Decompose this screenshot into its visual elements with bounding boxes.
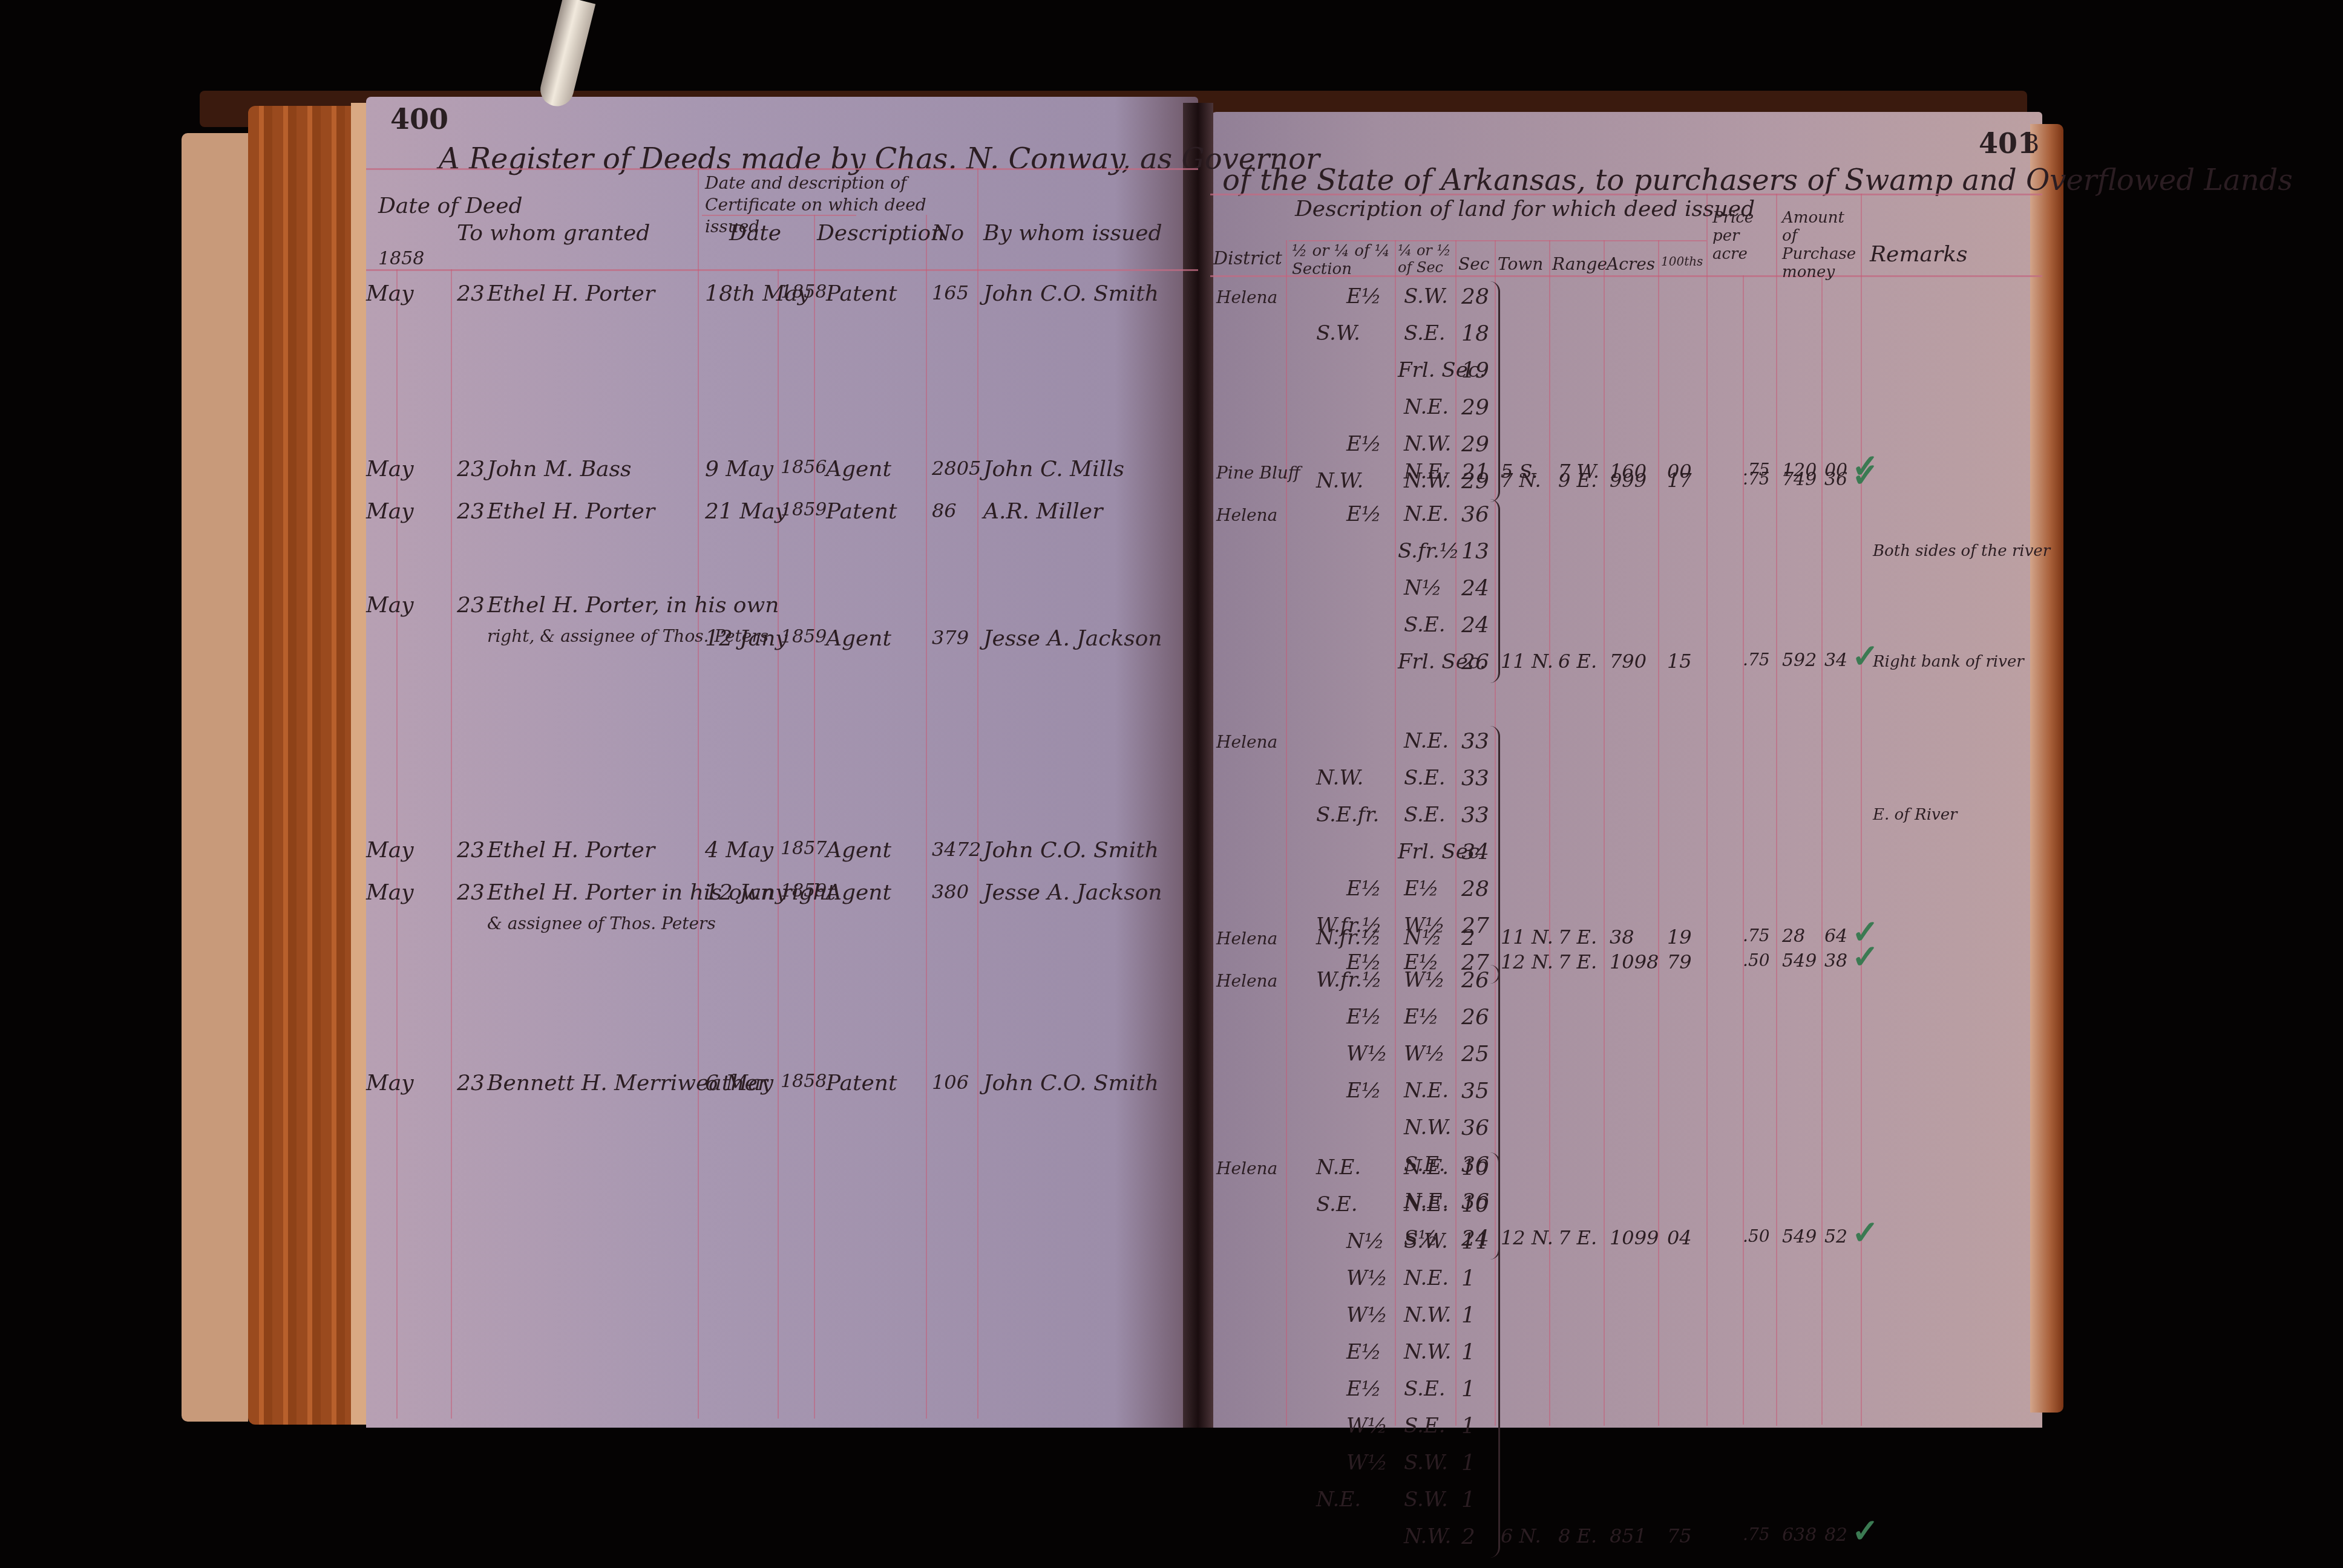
header-quarter-of-sec: ¼ or ½ of Sec [1398, 242, 1455, 276]
land-section: 33 [1461, 766, 1489, 791]
land-section: 24 [1461, 576, 1489, 601]
deed-day: 23 [457, 499, 485, 524]
deed-day: 23 [457, 593, 485, 618]
price-per-acre: .50 [1743, 950, 1770, 970]
certificate-type: Agent [826, 457, 891, 482]
issued-by: John C.O. Smith [983, 1071, 1159, 1096]
certificate-date: 12 Jany [705, 626, 788, 651]
header-by-whom-issued: By whom issued [983, 221, 1162, 246]
grouping-brace [1490, 281, 1500, 502]
land-part: E½ [1346, 1340, 1381, 1364]
land-quarter: N.E. [1404, 395, 1449, 419]
certificate-number: 165 [932, 281, 969, 304]
col-rule-cert-year [814, 215, 815, 1419]
certificate-number: 380 [932, 880, 969, 903]
land-part: N.W. [1316, 766, 1363, 790]
amount-cents: 64 [1824, 926, 1847, 947]
page-stack-edge [248, 106, 351, 1425]
col-rule-no [977, 168, 978, 1419]
land-quarter: W½ [1404, 1042, 1445, 1066]
land-quarter: N.E. [1404, 502, 1449, 526]
deed-month: May [366, 838, 414, 863]
acres: 851 [1610, 1524, 1647, 1547]
flyleaf-edge [182, 133, 248, 1422]
land-part: N.W. [1316, 469, 1363, 493]
deed-day: 23 [457, 838, 485, 863]
certificate-year: 1858 [781, 1071, 827, 1092]
remark-text: E. of River [1873, 806, 1957, 824]
amount-dollars: 638 [1782, 1524, 1817, 1546]
range: 7 E. [1558, 926, 1597, 949]
page-number-left: 400 [390, 103, 448, 136]
price-per-acre: .75 [1743, 650, 1770, 670]
land-section: 1 [1461, 1266, 1475, 1291]
title-rule [366, 168, 1198, 170]
land-quarter: N.W. [1404, 1340, 1451, 1364]
certificate-year: 1859 [781, 626, 827, 647]
certificate-type: Agent [826, 838, 891, 863]
range: 7 E. [1558, 1226, 1597, 1249]
acres: 1098 [1610, 950, 1659, 973]
acres: 790 [1610, 650, 1647, 673]
land-section: 11 [1461, 1229, 1489, 1254]
land-section: 1 [1461, 1303, 1475, 1328]
land-quarter: N½ [1404, 926, 1442, 950]
page-title-right: of the State of Arkansas, to purchasers … [1222, 163, 2293, 197]
certificate-year: 1856 [781, 457, 827, 478]
land-quarter: N½ [1404, 576, 1442, 600]
land-quarter: S.W. [1404, 1229, 1448, 1253]
deed-month: May [366, 593, 414, 618]
land-section: 33 [1461, 803, 1489, 828]
grantee-name: Ethel H. Porter, in his own [487, 593, 779, 618]
land-section: 1 [1461, 1488, 1475, 1512]
price-per-acre: .75 [1743, 460, 1770, 480]
header-district: District [1213, 248, 1282, 269]
district: Helena [1216, 929, 1277, 949]
header-cert-no: No [932, 221, 964, 246]
grantee-name: Ethel H. Porter [487, 281, 655, 306]
certificate-date: 12 Jany [705, 880, 788, 905]
price-per-acre: .75 [1743, 926, 1770, 946]
land-section: 36 [1461, 502, 1489, 527]
deed-month: May [366, 1071, 414, 1096]
header-cert-date: Date [729, 221, 781, 246]
header-range: Range [1552, 254, 1607, 274]
township: 5 S. [1501, 460, 1538, 483]
amount-dollars: 549 [1782, 1226, 1817, 1247]
certificate-type: Patent [826, 499, 897, 524]
amount-cents: 82 [1824, 1524, 1847, 1546]
col-rule-range [1604, 240, 1605, 1426]
acres-hundredths: 19 [1667, 926, 1692, 949]
land-part: S.W. [1316, 321, 1360, 345]
grantee-name: Ethel H. Porter [487, 838, 655, 863]
acres-hundredths: 00 [1667, 460, 1692, 483]
certificate-date: 21 May [705, 499, 787, 524]
deed-day: 23 [457, 457, 485, 482]
amount-cents: 34 [1824, 650, 1847, 671]
acres-hundredths: 79 [1667, 950, 1692, 973]
land-quarter: N.E. [1404, 1155, 1449, 1180]
land-section: 19 [1461, 358, 1489, 383]
col-rule-amount-split [1821, 275, 1823, 1425]
district: Pine Bluff [1216, 463, 1300, 483]
land-quarter: N.W. [1404, 1116, 1451, 1140]
land-section: 1 [1461, 1414, 1475, 1439]
amount-dollars: 120 [1782, 460, 1817, 481]
issued-by: John C. Mills [983, 457, 1124, 482]
district: Helena [1216, 1158, 1277, 1178]
certificate-type: Agent [826, 880, 891, 905]
land-quarter: N.W. [1404, 1303, 1451, 1327]
land-quarter: S.fr.½ [1398, 539, 1460, 563]
header-sec: Sec [1458, 254, 1489, 274]
col-rule-day [451, 269, 452, 1419]
land-part: E½ [1346, 432, 1381, 456]
acres-hundredths: 75 [1667, 1524, 1692, 1547]
margin-mark: 3 [2024, 130, 2039, 158]
check-mark-icon: ✓ [1852, 446, 1879, 485]
deed-day: 23 [457, 1071, 485, 1096]
land-part: E½ [1346, 1005, 1381, 1029]
land-part: E½ [1346, 284, 1381, 309]
township: 12 N. [1501, 1226, 1553, 1249]
col-rule-price [1776, 194, 1777, 1426]
land-section: 34 [1461, 840, 1489, 864]
land-quarter: S.E. [1404, 803, 1446, 827]
land-part: W½ [1346, 1303, 1388, 1327]
remark-text: Right bank of river [1873, 653, 2024, 671]
land-quarter: S.E. [1404, 1377, 1446, 1401]
land-part: E½ [1346, 877, 1381, 901]
deed-day: 23 [457, 281, 485, 306]
deed-month: May [366, 457, 414, 482]
amount-cents: 52 [1824, 1226, 1847, 1247]
land-part: W.fr.½ [1316, 968, 1382, 992]
land-quarter: S.E. [1404, 613, 1446, 637]
land-part: E½ [1346, 1377, 1381, 1401]
land-section: 1 [1461, 1451, 1475, 1475]
district: Helena [1216, 732, 1277, 752]
amount-cents: 38 [1824, 950, 1847, 972]
land-quarter: E½ [1404, 877, 1439, 901]
header-hundredths: 100ths [1661, 254, 1703, 269]
certificate-year: 1859 [781, 499, 827, 520]
land-section: 26 [1461, 968, 1489, 993]
land-section: 24 [1461, 613, 1489, 638]
land-quarter: N.E. [1404, 1266, 1449, 1290]
certificate-type: Patent [826, 1071, 897, 1096]
land-section: 2 [1461, 1524, 1475, 1549]
district: Helena [1216, 971, 1277, 991]
col-rule-hundredths [1706, 194, 1708, 1426]
land-group-rule [1289, 240, 1706, 241]
header-cert-description: Description [817, 221, 945, 246]
land-part: W½ [1346, 1042, 1388, 1066]
col-rule-district [1286, 240, 1287, 1426]
land-section: 28 [1461, 284, 1489, 309]
acres-hundredths: 15 [1667, 650, 1692, 673]
land-section: 26 [1461, 650, 1489, 675]
land-quarter: S.E. [1404, 321, 1446, 345]
land-quarter: N.E. [1404, 729, 1449, 753]
land-section: 35 [1461, 1079, 1489, 1103]
land-quarter: N.W. [1404, 432, 1451, 456]
issued-by: John C.O. Smith [983, 281, 1159, 306]
land-part: W½ [1346, 1451, 1388, 1475]
land-section: 18 [1461, 321, 1489, 346]
certificate-number: 3472 [932, 838, 981, 861]
certificate-type: Patent [826, 281, 897, 306]
acres-hundredths: 04 [1667, 1226, 1692, 1249]
land-part: W½ [1346, 1266, 1388, 1290]
header-rule [366, 269, 1198, 271]
land-section: 26 [1461, 1005, 1489, 1030]
land-part: N.fr.½ [1316, 926, 1381, 950]
township: 11 N. [1501, 650, 1553, 673]
township: 11 N. [1501, 926, 1553, 949]
header-amount: Amount of Purchase money [1782, 209, 1861, 281]
issued-by: John C.O. Smith [983, 838, 1159, 863]
land-part: S.E. [1316, 1192, 1358, 1217]
amount-cents: 00 [1824, 460, 1847, 481]
header-remarks: Remarks [1870, 242, 1968, 267]
check-mark-icon: ✓ [1852, 912, 1879, 951]
certificate-year: 1857 [781, 838, 827, 859]
header-to-whom-granted: To whom granted [457, 221, 650, 246]
land-quarter: S.E. [1404, 1414, 1446, 1438]
title-rule-right [1210, 194, 2042, 195]
land-quarter: N.E. [1404, 1192, 1449, 1217]
header-part-of-quarter: ½ or ¼ of ¼ Section [1292, 242, 1395, 278]
land-section: 13 [1461, 539, 1489, 564]
land-section: 33 [1461, 729, 1489, 754]
issued-by: Jesse A. Jackson [983, 626, 1162, 651]
land-part: E½ [1346, 502, 1381, 526]
col-rule-cert-date [778, 269, 779, 1419]
range: 8 E. [1558, 1524, 1597, 1547]
check-mark-icon: ✓ [1852, 1511, 1879, 1550]
amount-dollars: 549 [1782, 950, 1817, 972]
check-mark-icon: ✓ [1852, 1213, 1879, 1252]
land-section: 36 [1461, 1116, 1489, 1140]
grantee-name-line2: & assignee of Thos. Peters [487, 913, 716, 933]
remark-text: Both sides of the river [1873, 542, 2050, 560]
certificate-number: 86 [932, 499, 957, 522]
header-town: Town [1498, 254, 1543, 274]
certificate-date: 9 May [705, 457, 773, 482]
left-page-content: 400 A Register of Deeds made by Chas. N.… [366, 97, 1198, 1428]
header-price-per-acre: Price per acre [1712, 209, 1773, 263]
land-quarter: S.E. [1404, 766, 1446, 790]
grouping-brace [1490, 1152, 1500, 1558]
page-title-left: A Register of Deeds made by Chas. N. Con… [439, 142, 1320, 176]
land-quarter: E½ [1404, 1005, 1439, 1029]
land-section: 21 [1461, 460, 1489, 485]
land-section: 10 [1461, 1155, 1489, 1180]
land-quarter: N.E. [1404, 460, 1449, 484]
col-rule-quarter [1455, 240, 1457, 1426]
land-part: E½ [1346, 1079, 1381, 1103]
col-rule-price-split [1743, 275, 1744, 1425]
issued-by: Jesse A. Jackson [983, 880, 1162, 905]
certificate-year: 1859 [781, 880, 827, 901]
amount-dollars: 28 [1782, 926, 1805, 947]
price-per-acre: .75 [1743, 1524, 1770, 1544]
land-section: 1 [1461, 1377, 1475, 1402]
land-quarter: W½ [1404, 968, 1445, 992]
land-part: S.E.fr. [1316, 803, 1379, 827]
township: 12 N. [1501, 950, 1553, 973]
district: Helena [1216, 505, 1277, 525]
land-part: W½ [1346, 1414, 1388, 1438]
amount-dollars: 592 [1782, 650, 1817, 671]
header-date-of-deed: Date of Deed [378, 194, 523, 218]
land-section: 25 [1461, 1042, 1489, 1067]
grantee-name: John M. Bass [487, 457, 632, 482]
deed-month: May [366, 880, 414, 905]
acres: 38 [1610, 926, 1634, 949]
land-quarter: N.E. [1404, 1079, 1449, 1103]
land-quarter: S.W. [1404, 284, 1448, 309]
issued-by: A.R. Miller [983, 499, 1103, 524]
header-land-group: Description of land for which deed issue… [1295, 197, 1755, 221]
district: Helena [1216, 287, 1277, 307]
land-quarter: S.W. [1404, 1451, 1448, 1475]
grouping-brace [1490, 499, 1500, 683]
col-rule-description [926, 215, 927, 1419]
grouping-brace [1490, 726, 1500, 984]
land-quarter: N.W. [1404, 1524, 1451, 1549]
land-part: N.E. [1316, 1155, 1361, 1180]
land-section: 29 [1461, 395, 1489, 420]
col-rule-part [1395, 240, 1396, 1426]
acres: 1099 [1610, 1226, 1659, 1249]
deed-month: May [366, 281, 414, 306]
certificate-date: 6 May [705, 1071, 773, 1096]
grantee-name: Ethel H. Porter [487, 499, 655, 524]
township: 6 N. [1501, 1524, 1541, 1547]
land-quarter: S.W. [1404, 1488, 1448, 1512]
land-section: 2 [1461, 926, 1475, 950]
certificate-number: 379 [932, 626, 969, 649]
land-section: 1 [1461, 1340, 1475, 1365]
certificate-date: 4 May [705, 838, 773, 863]
col-rule-grantee [698, 168, 699, 1419]
land-section: 28 [1461, 877, 1489, 901]
certificate-year: 1858 [781, 281, 827, 302]
certificate-type: Agent [826, 626, 891, 651]
land-part: N.E. [1316, 1488, 1361, 1512]
range: 7 E. [1558, 950, 1597, 973]
deed-month: May [366, 499, 414, 524]
header-acres: Acres [1607, 254, 1655, 274]
range: 6 E. [1558, 650, 1597, 673]
land-section: 10 [1461, 1192, 1489, 1217]
range: 7 W. [1558, 460, 1599, 483]
land-part: N½ [1346, 1229, 1384, 1253]
land-section: 29 [1461, 432, 1489, 457]
acres: 160 [1610, 460, 1647, 483]
price-per-acre: .50 [1743, 1226, 1770, 1246]
header-year: 1858 [378, 248, 424, 269]
certificate-number: 106 [932, 1071, 969, 1094]
right-page-content: 401 3 of the State of Arkansas, to purch… [1210, 112, 2042, 1428]
certificate-number: 2805 [932, 457, 981, 480]
deed-day: 23 [457, 880, 485, 905]
